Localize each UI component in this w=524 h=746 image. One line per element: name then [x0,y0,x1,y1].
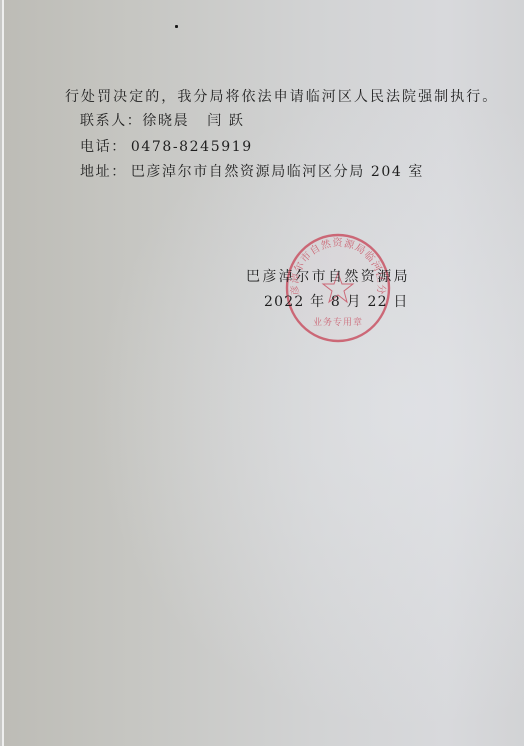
contact-persons: 联系人：徐晓晨闫 跃 [80,112,244,130]
address-line: 地址：巴彦淖尔市自然资源局临河区分局 204 室 [80,163,424,181]
phone-number: 0478-8245919 [131,139,253,155]
signing-organization: 巴彦淖尔市自然资源局 [246,268,410,286]
address-value: 巴彦淖尔市自然资源局临河区分局 204 室 [131,164,424,180]
page-edge [2,0,4,746]
seal-center-text: 业务专用章 [313,316,363,328]
signing-date: 2022 年 8 月 22 日 [264,293,409,311]
official-seal: 巴彦淖尔市自然资源局临河区分局 业务专用章 [285,233,391,343]
ink-speck [175,25,178,28]
contact-label: 联系人： [80,113,142,129]
document-page: 行处罚决定的，我分局将依法申请临河区人民法院强制执行。 联系人：徐晓晨闫 跃 电… [2,0,524,746]
contact-person-2: 闫 跃 [207,113,244,129]
address-label: 地址： [80,164,127,180]
contact-person-1: 徐晓晨 [142,113,189,129]
penalty-enforcement-paragraph: 行处罚决定的，我分局将依法申请临河区人民法院强制执行。 [65,88,498,106]
phone-label: 电话： [80,139,127,155]
phone-line: 电话：0478-8245919 [80,138,253,156]
